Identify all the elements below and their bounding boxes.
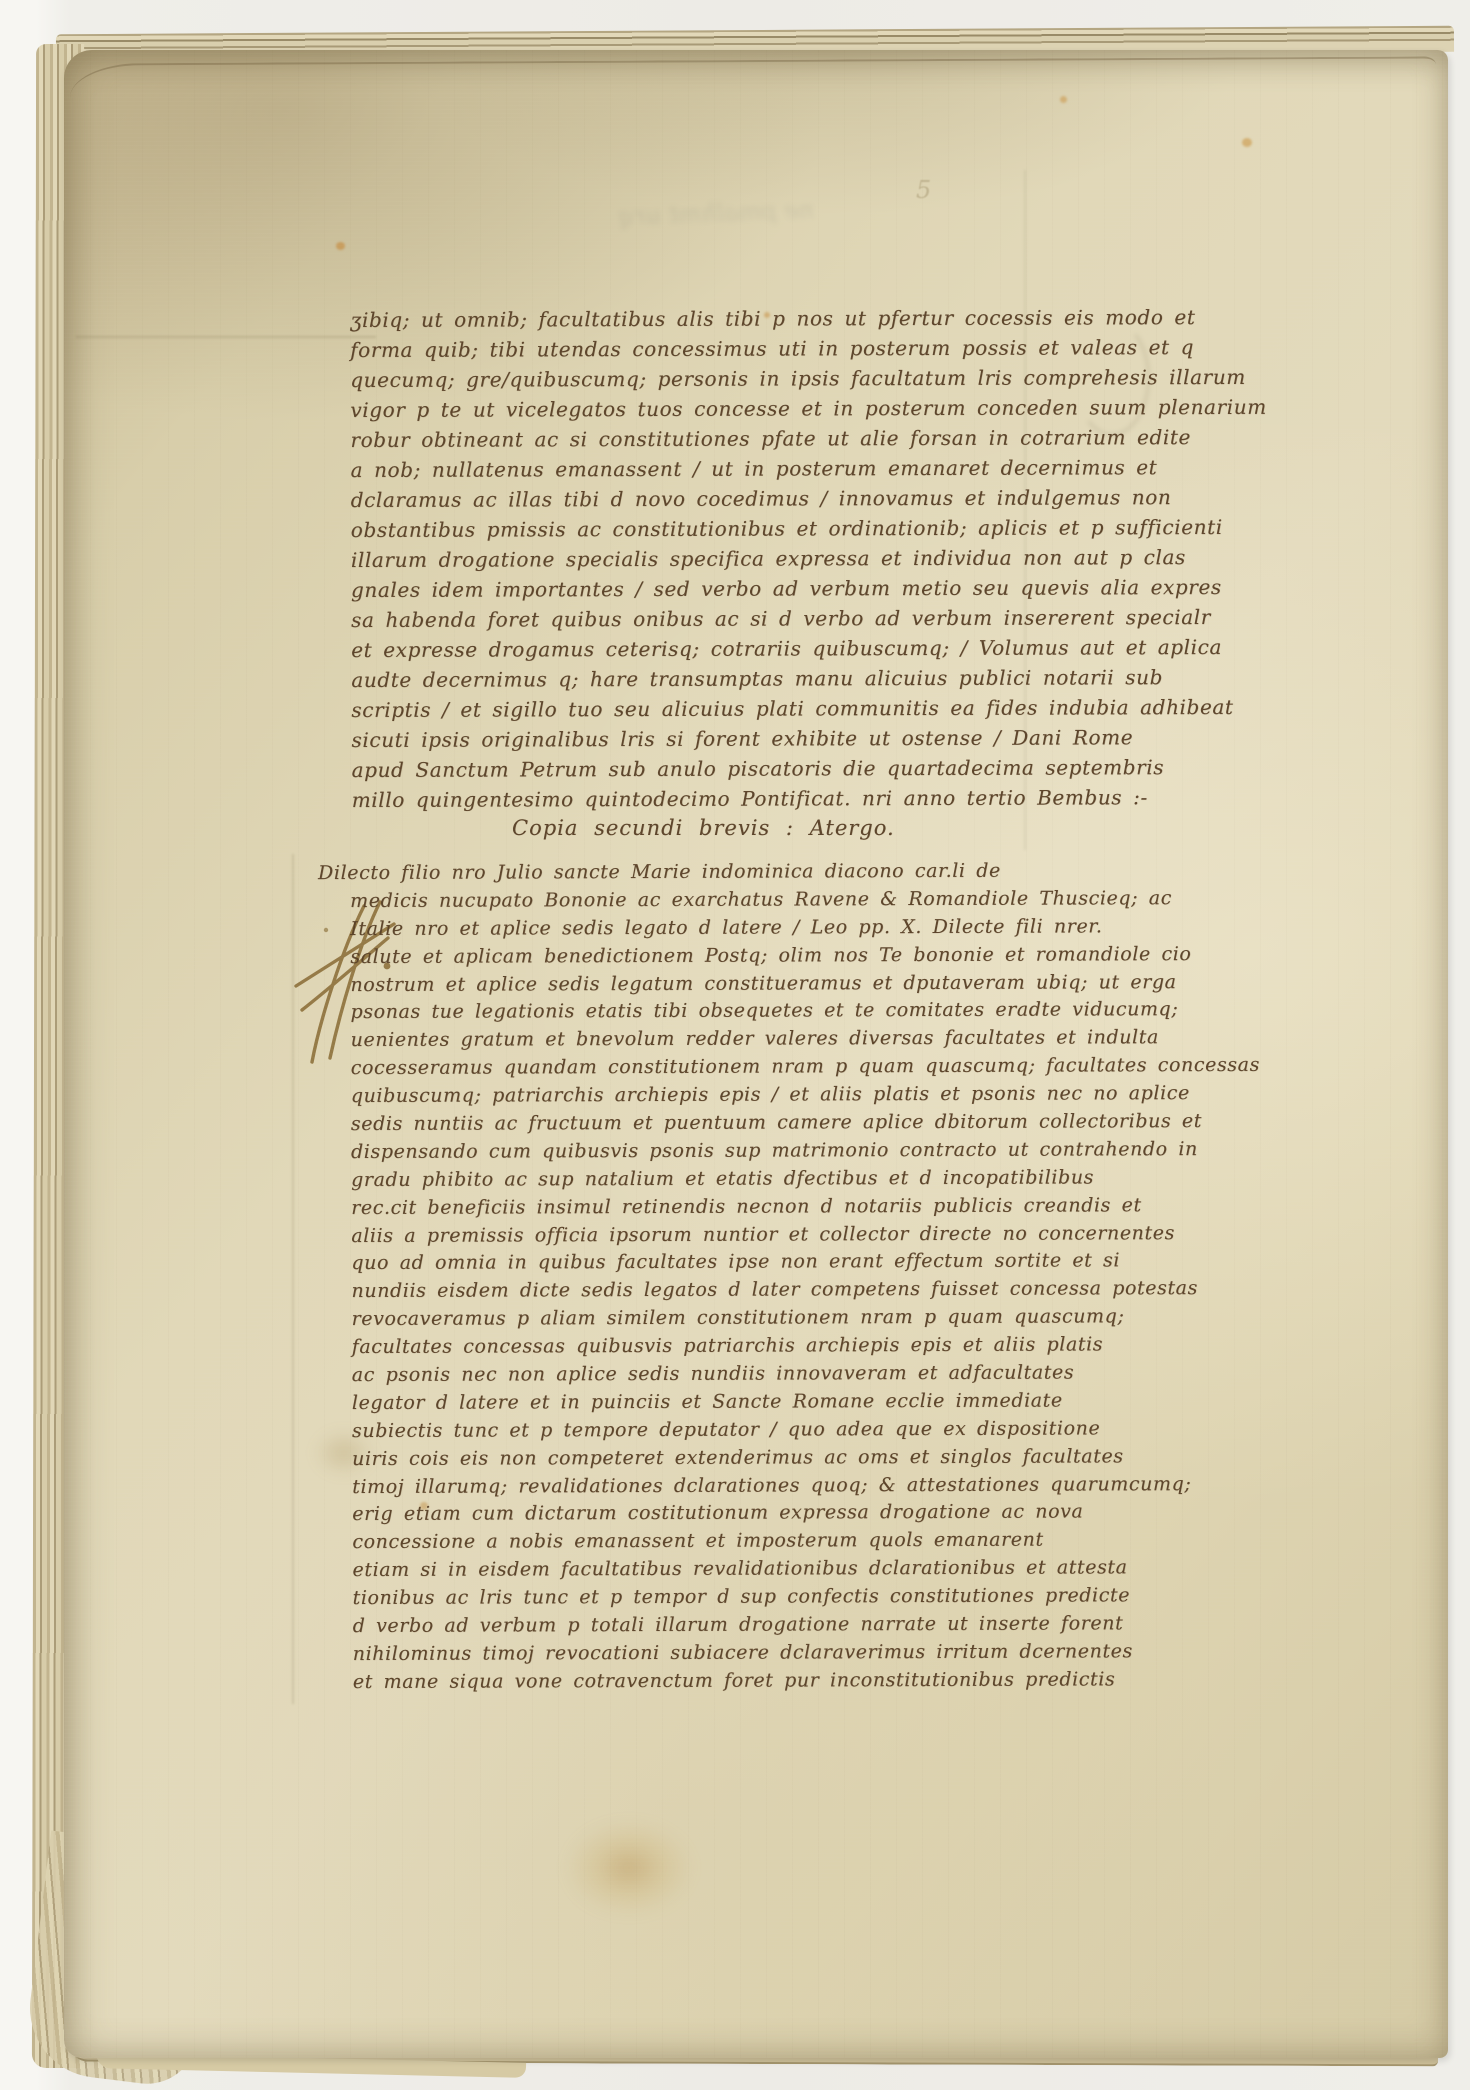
manuscript-text-line: sedis nuntiis ac fructuum et puentuum ca… (351, 1110, 1271, 1141)
foxing-spot (1242, 138, 1252, 147)
manuscript-text-line: nihilominus timoj revocationi subiacere … (353, 1640, 1273, 1671)
manuscript-text-line: audte decernimus q; hare transumptas man… (351, 665, 1261, 698)
manuscript-text-line: et mane siqua vone cotravenctum foret pu… (353, 1668, 1273, 1699)
text-block-second-brief: Dilecto filio nro Julio sancte Marie ind… (350, 859, 1273, 1699)
manuscript-photo: { "photo": { "background_color": "#efeee… (0, 0, 1470, 2090)
manuscript-text-line: quibuscumq; patriarchis archiepis epis /… (351, 1082, 1271, 1113)
manuscript-text-line: psonas tue legationis etatis tibi obsequ… (350, 998, 1270, 1029)
manuscript-text-line: dclaramus ac illas tibi d novo cocedimus… (351, 485, 1261, 518)
manuscript-text-line: sa habenda foret quibus onibus ac si d v… (351, 605, 1261, 638)
manuscript-text-line: gnales idem importantes / sed verbo ad v… (351, 575, 1261, 608)
manuscript-text-line: a nob; nullatenus emanassent / ut in pos… (351, 455, 1261, 488)
manuscript-text-line: ac psonis nec non aplice sedis nundiis i… (352, 1361, 1272, 1392)
manuscript-text-line: timoj illarumq; revalidationes dclaratio… (352, 1472, 1272, 1503)
manuscript-text-line: legator d latere et in puinciis et Sanct… (352, 1389, 1272, 1420)
verso-showthrough-numeral: 5 (916, 176, 931, 204)
manuscript-text-line: robur obtineant ac si constitutiones pfa… (350, 425, 1260, 458)
manuscript-text-line: erig etiam cum dictarum costitutionum ex… (352, 1500, 1272, 1531)
manuscript-text-line: cocesseramus quandam constitutionem nram… (351, 1054, 1271, 1085)
manuscript-text-line: etiam si in eisdem facultatibus revalida… (352, 1556, 1272, 1587)
manuscript-text-line: gradu phibito ac sup natalium et etatis … (351, 1166, 1271, 1197)
manuscript-text-line: vigor p te ut vicelegatos tuos concesse … (350, 395, 1260, 428)
manuscript-text-line: quecumq; gre/quibuscumq; personis in ips… (350, 365, 1260, 398)
manuscript-text-line: uiris cois eis non competeret extenderim… (352, 1444, 1272, 1475)
manuscript-text-line: revocaveramus p aliam similem constituti… (352, 1305, 1272, 1336)
verso-showthrough-text: ne pmalhmt urq (394, 193, 815, 242)
manuscript-text-line: scriptis / et sigillo tuo seu alicuius p… (351, 695, 1261, 728)
manuscript-text-line: et expresse drogamus ceterisq; cotrariis… (351, 635, 1261, 668)
manuscript-text-line: Dilecto filio nro Julio sancte Marie ind… (318, 859, 1270, 890)
manuscript-text-line: subiectis tunc et p tempore deputator / … (352, 1417, 1272, 1448)
manuscript-text-line: d verbo ad verbum p totali illarum droga… (353, 1612, 1273, 1643)
manuscript-text-line: obstantibus pmissis ac constitutionibus … (351, 515, 1261, 548)
manuscript-text-line: millo quingentesimo quintodecimo Pontifi… (352, 785, 1262, 818)
under-sheet-edge-line (70, 56, 1436, 107)
manuscript-text-line: illarum drogatione specialis specifica e… (351, 545, 1261, 578)
manuscript-text-line: nostrum et aplice sedis legatum constitu… (350, 970, 1270, 1001)
paper-crease (76, 336, 376, 338)
manuscript-text-line: Italie nro et aplice sedis legato d late… (350, 915, 1270, 946)
foxing-spot (336, 242, 345, 250)
manuscript-text-line: dispensando cum quibusvis psonis sup mat… (351, 1138, 1271, 1169)
text-block-first-brief: ʒibiq; ut omnib; facultatibus alis tibi … (350, 305, 1262, 818)
section-heading: Copia secundi brevis : Atergo. (512, 816, 895, 840)
manuscript-text-line: facultates concessas quibusvis patriarch… (352, 1333, 1272, 1364)
manuscript-text-line: medicis nucupato Bononie ac exarchatus R… (350, 887, 1270, 918)
foxing-spot (1060, 96, 1067, 103)
manuscript-page: ne pmalhmt urq 5 ʒibiq; ut omnib; facult… (64, 50, 1448, 2058)
manuscript-text-line: ʒibiq; ut omnib; facultatibus alis tibi … (350, 305, 1260, 338)
paper-stain (564, 1820, 694, 1916)
manuscript-text-line: nundiis eisdem dicte sedis legatos d lat… (351, 1277, 1271, 1308)
manuscript-text-line: aliis a premissis officia ipsorum nuntio… (351, 1221, 1271, 1252)
manuscript-text-line: sicuti ipsis originalibus lris si forent… (351, 725, 1261, 758)
manuscript-text-line: concessione a nobis emanassent et impost… (352, 1528, 1272, 1559)
manuscript-text-line: rec.cit beneficiis insimul retinendis ne… (351, 1193, 1271, 1224)
manuscript-text-line: forma quib; tibi utendas concessimus uti… (350, 335, 1260, 368)
manuscript-text-line: tionibus ac lris tunc et p tempor d sup … (353, 1584, 1273, 1615)
manuscript-text-line: salute et aplicam benedictionem Postq; o… (350, 942, 1270, 973)
manuscript-text-line: quo ad omnia in quibus facultates ipse n… (351, 1249, 1271, 1280)
manuscript-text-line: apud Sanctum Petrum sub anulo piscatoris… (352, 755, 1262, 788)
manuscript-text-line: uenientes gratum et bnevolum redder vale… (351, 1026, 1271, 1057)
